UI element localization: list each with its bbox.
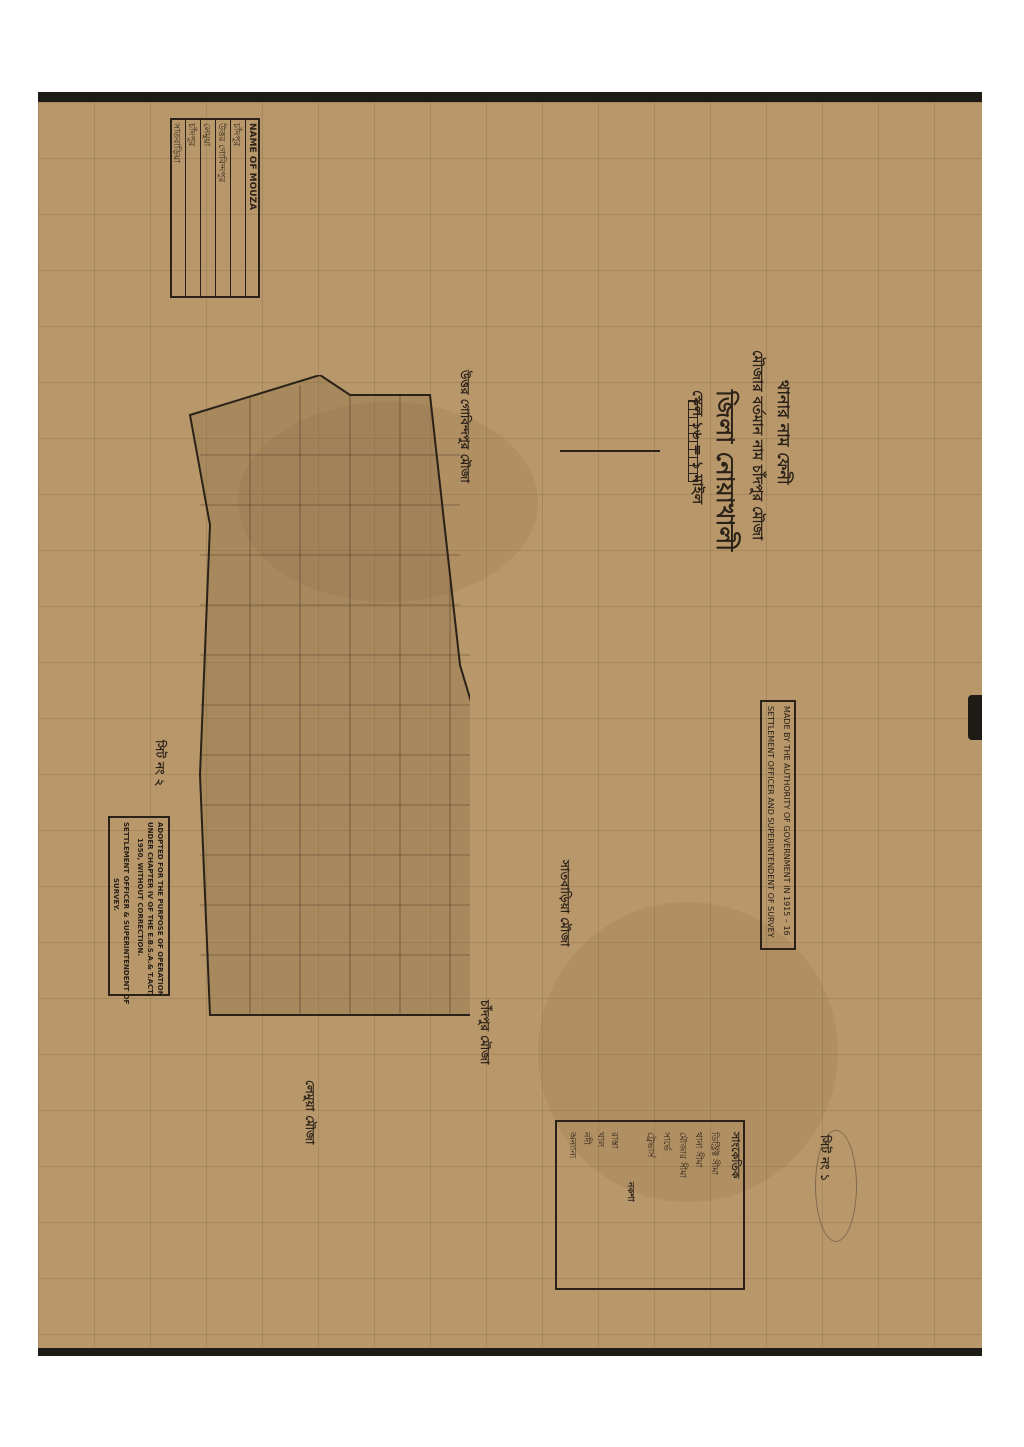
adopted-line3: 1950, WITHOUT CORRECTION. (136, 838, 144, 956)
legend-item: মৌজার সীমা (675, 1132, 690, 1178)
sheet-2-label: সিট নং ২ (150, 740, 170, 786)
adopted-line1: ADOPTED FOR THE PURPOSE OF OPERATION (156, 822, 164, 997)
legend-item: ডিস্ট্রিক্ট সীমা (707, 1132, 722, 1175)
district-title: জিলা নোয়াখালী (705, 390, 745, 551)
legend-item: অন্যান্য (565, 1132, 580, 1158)
mouza-table: NAME OF MOUZA চাঁদপুর উত্তর গোবিন্দপুর ল… (170, 118, 260, 298)
adopted-line2: UNDER CHAPTER IV OF THE E.B.S.A.& T.ACT, (146, 822, 154, 996)
scale-bar (688, 400, 698, 482)
authority-box: MADE BY THE AUTHORITY OF GOVERNMENT IN 1… (760, 700, 796, 950)
adopted-line4: SETTLEMENT OFFICER & SUPERINTENDENT OF (122, 822, 130, 1004)
adopted-stamp-box: ADOPTED FOR THE PURPOSE OF OPERATION UND… (108, 816, 170, 996)
table-row: সাতবাড়িয়া (171, 120, 185, 296)
table-row: চাঁদপুর (230, 120, 245, 296)
legend-section2-title: নকশা (623, 1182, 638, 1202)
authority-line1: MADE BY THE AUTHORITY OF GOVERNMENT IN 1… (782, 706, 791, 936)
legend-box: সাংকেতিক ডিস্ট্রিক্ট সীমা থানা সীমা মৌজা… (555, 1120, 745, 1290)
legend-item: সার্ভে (659, 1132, 674, 1151)
table-header: NAME OF MOUZA (245, 120, 258, 296)
binding-tab (968, 695, 982, 740)
authority-line2: SETTLEMENT OFFICER AND SUPERINTENDENT OF… (766, 706, 775, 938)
mouza-title: মৌজার বর্তমান নাম চাঁদপুর মৌজা (745, 350, 769, 540)
thana-title: থানার নাম ফেনী (770, 380, 797, 485)
neighbor-north-label: উত্তর গোবিন্দপুর মৌজা (455, 370, 475, 483)
legend-item: নদী (579, 1132, 594, 1145)
table-row: লেমুয়া (200, 120, 215, 296)
legend-item: খাল (593, 1132, 608, 1147)
table-row: উত্তর গোবিন্দপুর (215, 120, 230, 296)
pencil-circle (815, 1130, 857, 1242)
legend-item: রাস্তা (607, 1132, 622, 1149)
neighbor-east-label: সাতবাড়িয়া মৌজা (555, 860, 575, 946)
legend-item: ট্রেভার্স (643, 1132, 658, 1157)
table-row: চাঁদপুর (185, 120, 200, 296)
legend-item: থানা সীমা (691, 1132, 706, 1167)
cadastral-parcel-map (170, 375, 470, 1025)
neighbor-southeast-label: চাঁদপুর মৌজা (475, 1000, 495, 1064)
north-arrow-icon (560, 450, 660, 452)
legend-title: সাংকেতিক (725, 1132, 744, 1178)
adopted-line5: SURVEY. (112, 878, 120, 911)
neighbor-south-label: লেমুয়া মৌজা (300, 1080, 320, 1144)
